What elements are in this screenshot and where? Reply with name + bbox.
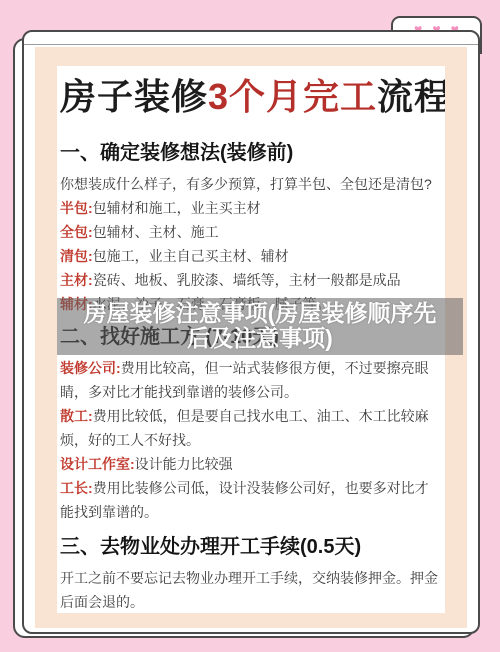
title-part1: 房子装修 <box>60 76 208 117</box>
title-part2: 流程 <box>377 76 445 117</box>
list-item: 全包:包辅材、主材、施工 <box>60 220 442 244</box>
item-keyword: 全包: <box>60 224 93 240</box>
page-title: 房子装修3个月完工流程 <box>60 70 442 124</box>
section-decide-plan: 一、确定装修想法(装修前) 你想装成什么样子，有多少预算，打算半包、全包还是清包… <box>60 140 442 316</box>
item-text: 包施工，业主自己买主材、辅材 <box>93 248 289 264</box>
item-text: 费用比较低，但是要自己找水电工、油工、木工比较麻 烦，好的工人不好找。 <box>60 408 429 448</box>
item-text: 包辅材、主材、施工 <box>93 224 219 240</box>
list-item: 清包:包施工，业主自己买主材、辅材 <box>60 244 442 268</box>
item-keyword: 设计工作室: <box>60 456 135 472</box>
item-keyword: 清包: <box>60 248 93 264</box>
item-keyword: 主材: <box>60 272 93 288</box>
title-highlight: 3个月完工 <box>208 76 377 117</box>
item-text: 你想装成什么样子，有多少预算，打算半包、全包还是清包? <box>60 176 432 192</box>
item-text: 包辅材和施工，业主买主材 <box>93 200 261 216</box>
card-top-rule <box>24 32 478 45</box>
list-item: 主材:瓷砖、地板、乳胶漆、墙纸等，主材一般都是成品 <box>60 268 442 292</box>
section-heading: 一、确定装修想法(装修前) <box>60 140 442 166</box>
list-item: 工长:费用比装修公司低，设计没装修公司好，也要多对比才 能找到靠谱的。 <box>60 476 442 524</box>
item-text: 开工之前不要忘记去物业办理开工手续，交纳装修押金。押金 后面会退的。 <box>60 570 438 610</box>
item-text: 设计能力比较强 <box>135 456 233 472</box>
list-item: 半包:包辅材和施工，业主买主材 <box>60 196 442 220</box>
item-keyword: 半包: <box>60 200 93 216</box>
item-keyword: 散工: <box>60 408 93 424</box>
item-text: 费用比装修公司低，设计没装修公司好，也要多对比才 能找到靠谱的。 <box>60 480 429 520</box>
list-item: 开工之前不要忘记去物业办理开工手续，交纳装修押金。押金 后面会退的。 <box>60 566 442 613</box>
list-item: 装修公司:费用比较高，但一站式装修很方便，不过要擦亮眼 睛，多对比才能找到靠谱的… <box>60 356 442 404</box>
item-text: 瓷砖、地板、乳胶漆、墙纸等，主材一般都是成品 <box>93 272 401 288</box>
item-keyword: 装修公司: <box>60 360 121 376</box>
list-item: 你想装成什么样子，有多少预算，打算半包、全包还是清包? <box>60 172 442 196</box>
list-item: 设计工作室:设计能力比较强 <box>60 452 442 476</box>
watermark-overlay: 房屋装修注意事项(房屋装修顺序先 后及注意事项) <box>57 298 463 355</box>
section-property-formalities: 三、去物业处办理开工手续(0.5天) 开工之前不要忘记去物业办理开工手续，交纳装… <box>60 534 442 613</box>
watermark-line2: 后及注意事项) <box>57 326 463 351</box>
list-item: 散工:费用比较低，但是要自己找水电工、油工、木工比较麻 烦，好的工人不好找。 <box>60 404 442 452</box>
section-heading: 三、去物业处办理开工手续(0.5天) <box>60 534 442 560</box>
item-keyword: 工长: <box>60 480 93 496</box>
watermark-line1: 房屋装修注意事项(房屋装修顺序先 <box>57 301 463 326</box>
